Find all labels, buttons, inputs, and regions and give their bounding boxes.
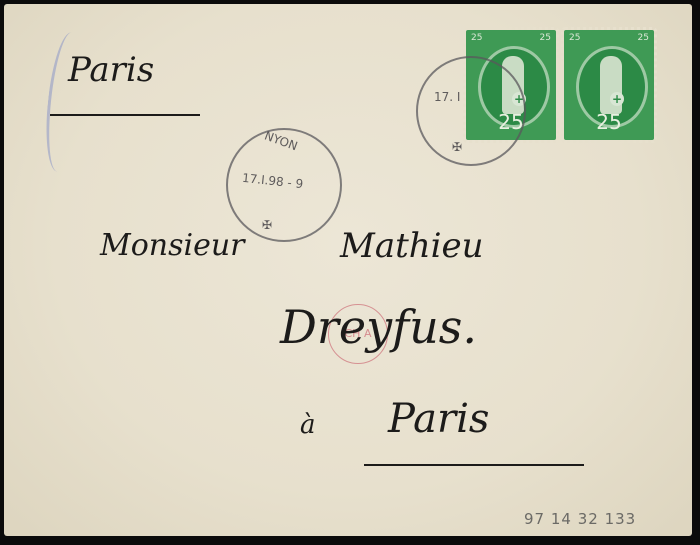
postmark-date: 17. I <box>434 90 460 104</box>
stamp-corner-value: 25 <box>569 33 580 43</box>
recipient-first-name: Mathieu <box>340 226 484 266</box>
swiss-cross-icon: + <box>610 92 624 106</box>
salutation: Monsieur <box>100 228 245 263</box>
postmark-cross-icon: ✠ <box>262 218 272 232</box>
stamp-corner-value: 25 <box>638 33 649 43</box>
stamp-corner-value: 25 <box>471 33 482 43</box>
recipient-surname: Dreyfus. <box>280 300 477 354</box>
postmark-over-stamp <box>416 56 526 166</box>
underline-city <box>364 464 584 466</box>
stamp-corner-value: 25 <box>540 33 551 43</box>
handwritten-destination-top: Paris <box>68 50 154 90</box>
address-preposition: à <box>300 410 316 440</box>
underline-top <box>50 114 200 116</box>
envelope: Paris 25 25 + 25 25 25 + 25 17. I ✠ NYON… <box>4 4 692 536</box>
postmark-cross-icon: ✠ <box>452 140 462 154</box>
stamp-value: 25 <box>564 110 654 134</box>
recipient-city: Paris <box>388 396 489 442</box>
stamp-2: 25 25 + 25 <box>564 30 654 140</box>
pencil-inventory-note: 97 14 32 133 <box>524 510 636 528</box>
